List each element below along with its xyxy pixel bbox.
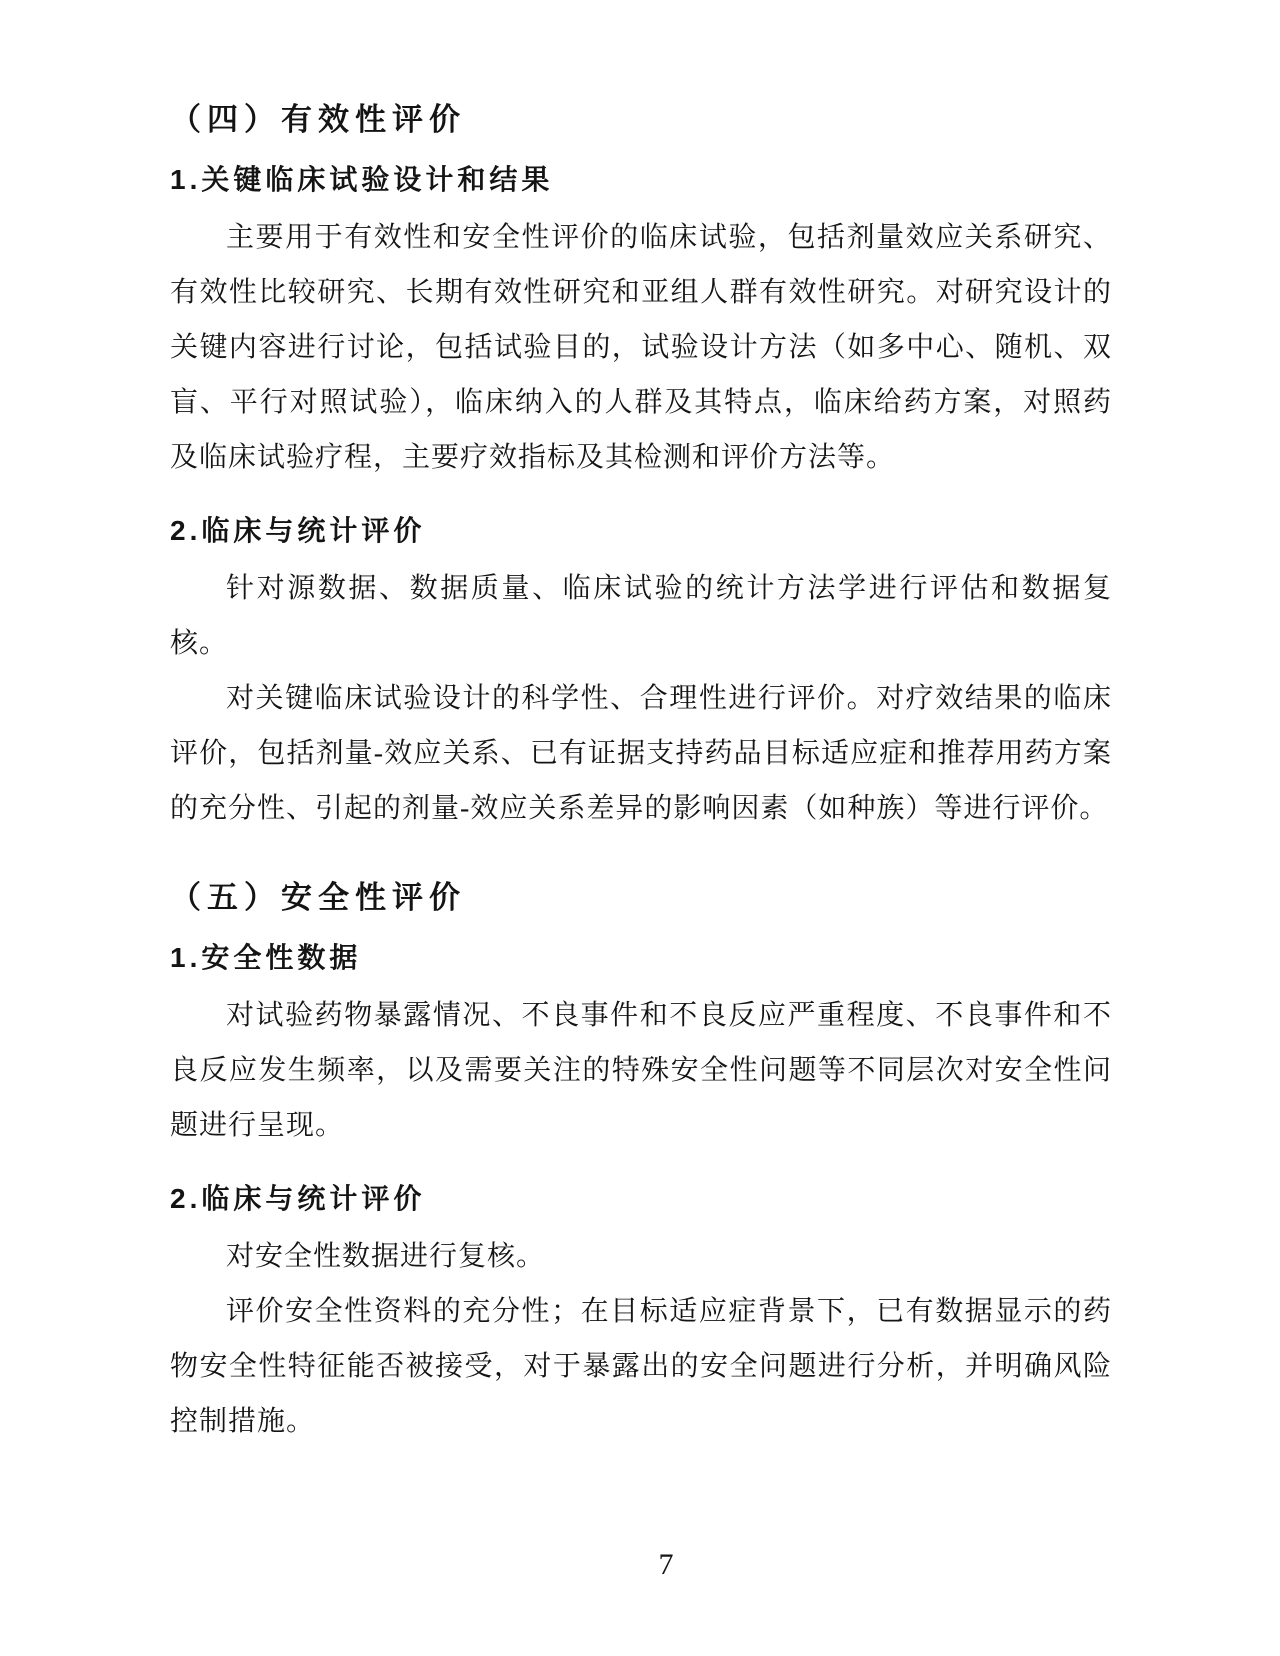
subsection-heading-clinical-statistical-evaluation-2: 2.临床与统计评价 <box>170 1177 1112 1221</box>
document-page: （四）有效性评价 1.关键临床试验设计和结果 主要用于有效性和安全性评价的临床试… <box>0 0 1280 1656</box>
paragraph: 主要用于有效性和安全性评价的临床试验，包括剂量效应关系研究、有效性比较研究、长期… <box>170 210 1112 485</box>
paragraph: 对关键临床试验设计的科学性、合理性进行评价。对疗效结果的临床评价，包括剂量-效应… <box>170 671 1112 836</box>
paragraph: 对试验药物暴露情况、不良事件和不良反应严重程度、不良事件和不良反应发生频率，以及… <box>170 988 1112 1153</box>
subsection-heading-pivotal-trial-design: 1.关键临床试验设计和结果 <box>170 158 1112 202</box>
section-heading-safety: （五）安全性评价 <box>170 876 1112 920</box>
paragraph: 针对源数据、数据质量、临床试验的统计方法学进行评估和数据复核。 <box>170 561 1112 671</box>
page-number: 7 <box>659 1548 674 1582</box>
page-content: （四）有效性评价 1.关键临床试验设计和结果 主要用于有效性和安全性评价的临床试… <box>0 0 1280 1449</box>
section-safety-evaluation: （五）安全性评价 1.安全性数据 对试验药物暴露情况、不良事件和不良反应严重程度… <box>170 876 1112 1449</box>
section-effectiveness-evaluation: （四）有效性评价 1.关键临床试验设计和结果 主要用于有效性和安全性评价的临床试… <box>170 98 1112 836</box>
subsection-heading-clinical-statistical-evaluation-1: 2.临床与统计评价 <box>170 509 1112 553</box>
paragraph: 对安全性数据进行复核。 <box>170 1229 1112 1284</box>
paragraph: 评价安全性资料的充分性；在目标适应症背景下，已有数据显示的药物安全性特征能否被接… <box>170 1284 1112 1449</box>
subsection-heading-safety-data: 1.安全性数据 <box>170 936 1112 980</box>
section-heading-effectiveness: （四）有效性评价 <box>170 98 1112 142</box>
page-footer: 7 <box>0 1548 1280 1582</box>
